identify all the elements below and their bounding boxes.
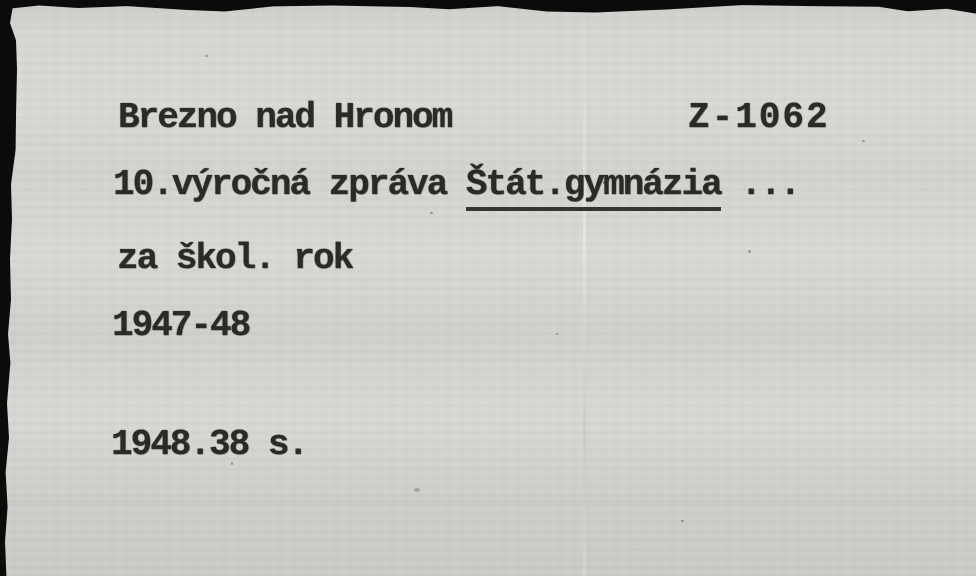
paper-crease-horizontal	[0, 500, 976, 502]
scan-speck	[430, 212, 433, 214]
scan-speck	[556, 333, 558, 335]
scan-speck	[205, 55, 208, 57]
scan-edge-top	[0, 0, 976, 16]
scan-speck	[748, 250, 751, 253]
card-title-suffix: ...	[721, 164, 799, 205]
card-years: 1947-48	[112, 308, 249, 344]
scan-speck	[414, 488, 420, 492]
card-imprint: 1948.38 s.	[111, 427, 307, 463]
card-title-prefix: 10.výročná zpráva	[113, 164, 466, 205]
card-title-line: 10.výročná zpráva Štát.gymnázia ...	[113, 167, 799, 203]
scan-edge-left	[0, 0, 20, 576]
card-heading: Brezno nad Hronom	[118, 100, 451, 136]
card-reference-number: Z-1062	[688, 100, 830, 136]
paper-crease-vertical	[583, 0, 586, 576]
card-title-underlined: Štát.gymnázia	[466, 164, 721, 211]
catalog-card-scan: Brezno nad Hronom Z-1062 10.výročná zprá…	[0, 0, 976, 576]
scan-speck	[862, 140, 865, 142]
card-period-line: za škol. rok	[117, 241, 352, 277]
scan-speck	[681, 520, 684, 522]
